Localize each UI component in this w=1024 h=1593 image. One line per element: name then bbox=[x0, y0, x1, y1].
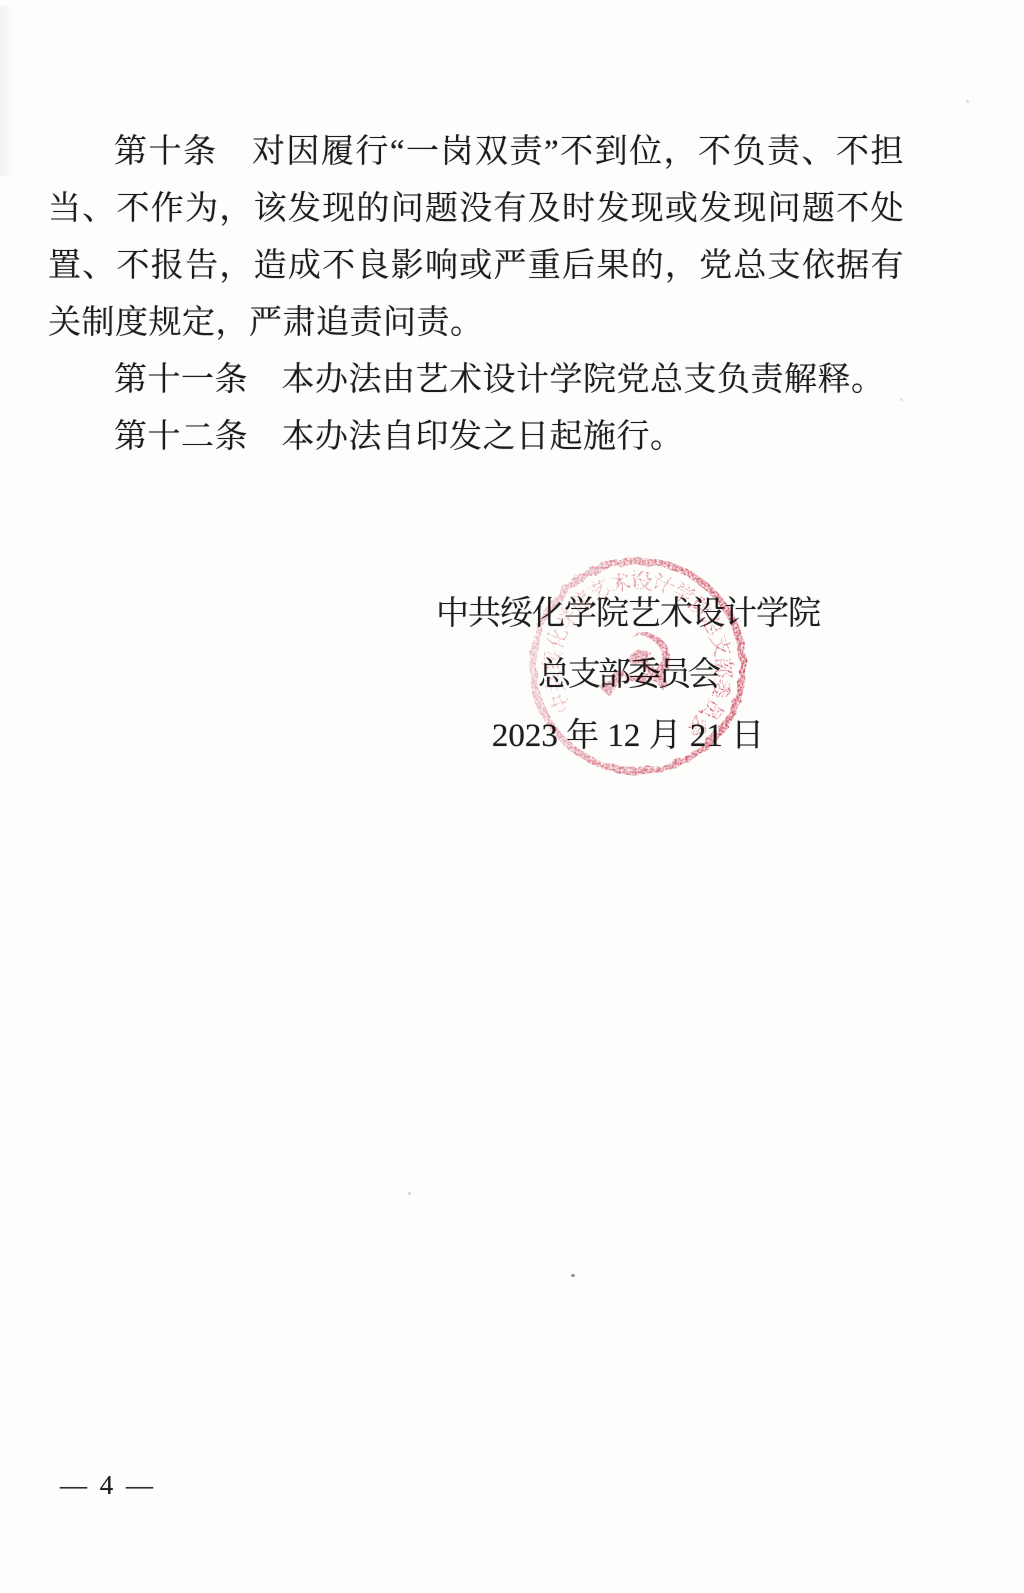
signature-date: 2023 年 12 月 21 日 bbox=[258, 706, 998, 767]
document-body: 第十条 对因履行“一岗双责”不到位，不负责、不担当、不作为，该发现的问题没有及时… bbox=[48, 124, 904, 466]
signature-committee: 总支部委员会 bbox=[258, 645, 998, 706]
signature-org-name: 中共绥化学院艺术设计学院 bbox=[258, 584, 998, 645]
scan-smudge bbox=[0, 6, 14, 176]
scan-speck bbox=[571, 1274, 575, 1277]
page: 第十条 对因履行“一岗双责”不到位，不负责、不担当、不作为，该发现的问题没有及时… bbox=[0, 0, 1024, 1593]
signature-block: 中共绥化学院艺术设计学院 总支部委员会 2023 年 12 月 21 日 bbox=[258, 584, 998, 767]
scan-speck bbox=[900, 398, 903, 401]
paragraph-article-12: 第十二条 本办法自印发之日起施行。 bbox=[48, 409, 904, 466]
page-number: — 4 — bbox=[60, 1470, 156, 1501]
scan-speck bbox=[966, 100, 969, 103]
paragraph-article-10: 第十条 对因履行“一岗双责”不到位，不负责、不担当、不作为，该发现的问题没有及时… bbox=[48, 124, 904, 352]
paragraph-article-11: 第十一条 本办法由艺术设计学院党总支负责解释。 bbox=[48, 352, 904, 409]
scan-speck bbox=[408, 1192, 411, 1195]
